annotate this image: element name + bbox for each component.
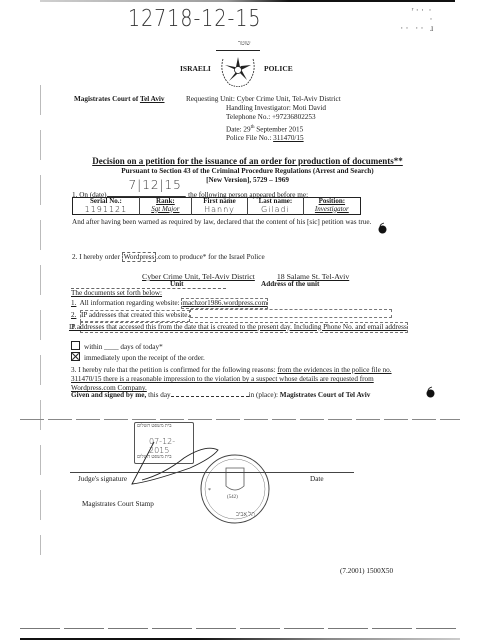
option-within-label: within — [84, 343, 104, 351]
doc-text: IP addresses that created this website. — [80, 310, 190, 321]
documents-heading: The documents set forth below: — [71, 288, 226, 298]
punch-hole-mark-icon — [426, 386, 435, 398]
judge-signature-scribble-icon — [130, 440, 240, 486]
date-label: Date — [310, 475, 324, 484]
court-name: Magistrates Court of Tel Aviv — [74, 95, 165, 104]
header-details: Handling Investigator: Moti David Teleph… — [226, 104, 326, 144]
telephone: Telephone No.: +97236802253 — [226, 113, 326, 122]
place-value: Magistrates Court of Tel Aviv — [280, 391, 371, 399]
serial-value: 1191121 — [75, 206, 137, 214]
doc-number: 2. — [71, 311, 76, 319]
serial-cell: Serial No.:1191121 — [73, 198, 140, 215]
list-item: 2. IP addresses that created this websit… — [71, 309, 413, 321]
letterhead-left-word: ISRAELI — [180, 64, 211, 73]
court-prefix: Magistrates Court of — [74, 95, 140, 103]
option-immediately: immediately upon the receipt of the orde… — [71, 352, 205, 363]
header-date: Date: 29th September 2015 — [226, 123, 326, 135]
ruling-prefix: 3. I hereby rule that the petition is co… — [71, 366, 277, 374]
date-day: Date: 29 — [226, 125, 251, 133]
svg-text:*: * — [208, 488, 211, 494]
order-prefix: 2. I hereby order — [72, 253, 122, 261]
production-options: within ____ days of today* immediately u… — [71, 341, 205, 363]
police-emblem-icon — [217, 51, 259, 89]
signature-line — [70, 472, 354, 473]
date-month-year: September 2015 — [254, 125, 303, 133]
court-city: Tel Aviv — [140, 95, 165, 103]
checkbox-checked-icon[interactable] — [71, 352, 80, 361]
form-code: (7.2001) 1500X50 — [340, 567, 393, 576]
option-within-blank: ____ — [104, 343, 118, 351]
document-subtitle: Pursuant to Section 43 of the Criminal P… — [0, 167, 495, 185]
person-table: Serial No.:1191121 Rank:Sgt Major First … — [72, 197, 361, 215]
day-blank — [171, 390, 249, 397]
option-within: within ____ days of today* — [71, 341, 205, 352]
rank-value: Sgt Major — [142, 206, 189, 214]
seal-number: (542) — [227, 495, 238, 500]
document-title: Decision on a petition for the issuance … — [0, 156, 495, 166]
first-name-cell: First nameHanny — [191, 198, 247, 215]
scan-top-edge — [40, 0, 455, 2]
this-day-label: this day — [148, 391, 171, 399]
court-stamp-label: Magistrates Court Stamp — [82, 500, 154, 509]
doc-text: IP addresses that accessed this from the… — [80, 322, 408, 333]
last-name-cell: Last name:Giladi — [248, 198, 304, 215]
first-name-value: Hanny — [194, 206, 245, 214]
date-blank: 7|12|15 — [107, 188, 185, 197]
doc-text: All information regarding website: — [80, 299, 182, 307]
punch-hole-mark-icon — [378, 222, 387, 234]
requesting-unit: Requesting Unit: Cyber Crime Unit, Tel-A… — [186, 95, 341, 104]
table-row: Serial No.:1191121 Rank:Sgt Major First … — [73, 198, 361, 215]
stamp-top-text: בית משפט השלום — [137, 424, 172, 429]
section-divider — [20, 419, 460, 420]
unit-value: Cyber Crime Unit, Tel-Aviv District — [142, 272, 255, 281]
handling-investigator: Handling Investigator: Moti David — [226, 104, 326, 113]
given-signed-line: Given and signed by me, this dayin (plac… — [71, 390, 370, 400]
list-item: 3. IP addresses that accessed this from … — [71, 322, 413, 333]
section-2-order: 2. I hereby order Wordpress.com to produ… — [72, 253, 265, 262]
seal-city: תל אביב — [236, 511, 255, 518]
documents-list: The documents set forth below: 1. All in… — [71, 288, 413, 333]
bottom-dashed-rule — [20, 628, 460, 629]
list-item: 1. All information regarding website: ma… — [71, 298, 413, 309]
rank-cell: Rank:Sgt Major — [139, 198, 191, 215]
letterhead-right-word: POLICE — [264, 64, 293, 73]
order-suffix: .com to produce* for the Israel Police — [156, 253, 264, 261]
given-prefix: Given and signed by me, — [71, 391, 148, 399]
police-file-label: Police File No.: — [226, 134, 273, 142]
scan-marks: ʳ · · · · · · · · ɹ — [398, 6, 433, 33]
handwritten-date: 7|12|15 — [129, 181, 182, 190]
police-file-value: 311470/15 — [273, 134, 303, 142]
subtitle-line-1: Pursuant to Section 43 of the Criminal P… — [0, 167, 495, 176]
subtitle-line-2: [New Version], 5729 – 1969 — [0, 176, 495, 185]
position-value: Investigator — [306, 206, 358, 214]
doc-blank-box — [190, 309, 392, 318]
warning-declaration: And after having been warned as required… — [72, 218, 372, 227]
place-prefix: in (place): — [249, 391, 280, 399]
checkbox-unchecked-icon[interactable] — [71, 341, 80, 350]
website-value: machzor1986.wordpress.com — [181, 298, 268, 309]
option-within-suffix: days of today* — [119, 343, 163, 351]
police-file-number: Police File No.: 311470/15 — [226, 134, 326, 143]
doc-number: 1. — [71, 299, 76, 307]
last-name-value: Giladi — [250, 206, 301, 214]
judge-signature-label: Judge's signature — [78, 475, 127, 484]
position-cell: Position:Investigator — [303, 198, 360, 215]
handwritten-case-number: 12718-12-15 — [128, 6, 262, 32]
letterhead-hebrew-caption: שוטר — [238, 41, 250, 47]
company-name: Wordpress — [122, 252, 157, 262]
option-immediately-label: immediately upon the receipt of the orde… — [84, 354, 205, 362]
